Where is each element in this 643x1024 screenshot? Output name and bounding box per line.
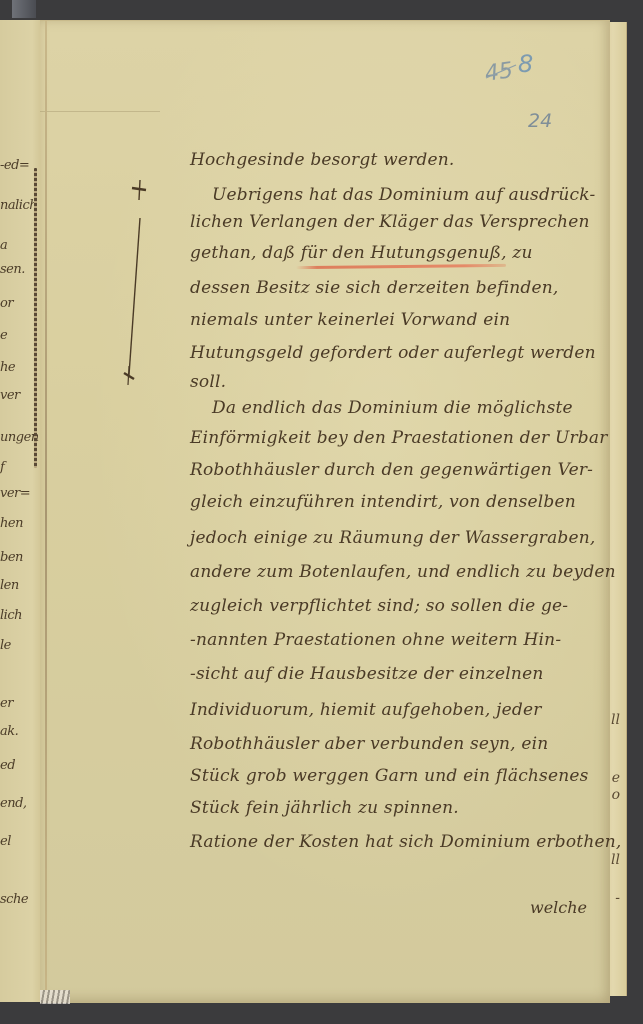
- fragment: le: [0, 638, 11, 653]
- text-line: Stück grob werggen Garn und ein flächsen…: [190, 766, 589, 786]
- text-line: Robothhäusler durch den gegenwärtigen Ve…: [190, 460, 593, 480]
- folio-number-blue: 8: [518, 50, 533, 78]
- text-line: andere zum Botenlaufen, und endlich zu b…: [190, 562, 616, 582]
- fragment: hen: [0, 516, 23, 531]
- fragment: ver=: [0, 486, 30, 501]
- fragment: ver: [0, 388, 20, 403]
- binding-scrap-bottom: [40, 990, 70, 1004]
- fragment: lich: [0, 608, 22, 623]
- fragment: a: [0, 238, 7, 253]
- fragment: ll: [611, 712, 620, 728]
- text-line: Ratione der Kosten hat sich Dominium erb…: [190, 832, 622, 852]
- text-line: Robothhäusler aber verbunden seyn, ein: [190, 734, 548, 754]
- text-line: Einförmigkeit bey den Praestationen der …: [190, 428, 608, 448]
- fragment: len: [0, 578, 19, 593]
- text-line: lichen Verlangen der Kläger das Versprec…: [190, 212, 590, 232]
- fragment: ed: [0, 758, 15, 773]
- text-line: gleich einzuführen intendirt, von densel…: [190, 492, 576, 512]
- fragment: o: [612, 787, 620, 803]
- fragment: er: [0, 696, 13, 711]
- fragment: ll: [611, 852, 620, 868]
- fragment: e: [0, 328, 7, 343]
- fragment: f: [0, 460, 4, 475]
- scanned-manuscript: -ed= nalich a sen. or e he ver ungen f v…: [0, 0, 643, 1024]
- fragment: el: [0, 834, 11, 849]
- fragment: or: [0, 296, 13, 311]
- text-line: Hutungsgeld gefordert oder auferlegt wer…: [190, 343, 596, 363]
- fragment: nalich: [0, 198, 37, 213]
- fragment: e: [612, 770, 620, 786]
- binding-scrap-top: [12, 0, 36, 18]
- binding-cord: [34, 168, 37, 468]
- fragment: sche: [0, 892, 28, 907]
- fragment: end,: [0, 796, 27, 811]
- text-line: soll.: [190, 372, 226, 392]
- text-line: -sicht auf die Hausbesitze der einzelnen: [190, 664, 544, 684]
- page-gutter: [45, 20, 47, 1002]
- text-line: zugleich verpflichtet sind; so sollen di…: [190, 596, 568, 616]
- margin-bracket-mark: [120, 180, 150, 390]
- text-line: dessen Besitz sie sich derzeiten befinde…: [190, 278, 558, 298]
- text-line: -nannten Praestationen ohne weitern Hin-: [190, 630, 561, 650]
- text-line: Hochgesinde besorgt werden.: [190, 150, 455, 170]
- catchword: welche: [530, 898, 587, 917]
- text-line: niemals unter keinerlei Vorwand ein: [190, 310, 510, 330]
- text-line: Individuorum, hiemit aufgehoben, jeder: [190, 700, 542, 720]
- text-line: gethan, daß für den Hutungsgenuß, zu: [190, 243, 533, 263]
- fragment: ak.: [0, 724, 18, 739]
- page-number: 24: [528, 110, 552, 132]
- text-line: jedoch einige zu Räumung der Wassergrabe…: [190, 528, 596, 548]
- fragment: ben: [0, 550, 23, 565]
- paper-fold: [40, 111, 160, 112]
- fragment: -: [615, 890, 620, 906]
- strike-through-mark: [482, 62, 522, 82]
- fragment: ungen: [0, 430, 39, 445]
- text-line: Da endlich das Dominium die möglichste: [212, 398, 573, 418]
- text-line: Uebrigens hat das Dominium auf ausdrück-: [212, 185, 595, 205]
- fragment: -ed=: [0, 158, 29, 173]
- fragment: sen.: [0, 262, 25, 277]
- text-line: Stück fein jährlich zu spinnen.: [190, 798, 459, 818]
- fragment: he: [0, 360, 15, 375]
